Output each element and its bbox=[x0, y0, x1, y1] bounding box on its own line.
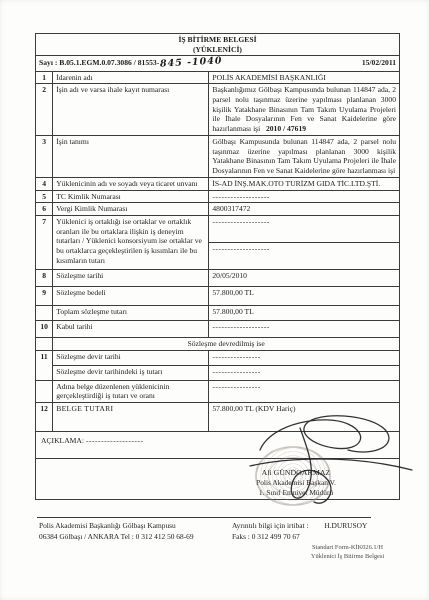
signature-row: Ali GÜNDOAKMAZ Polis Akademisi Başkan V.… bbox=[36, 459, 400, 500]
row5-number: 5 bbox=[36, 190, 53, 203]
footer-address-line2: 06384 Gölbaşı / ANKARA Tel : 0 312 412 5… bbox=[39, 532, 194, 543]
standard-form-code: Standart Form-KİK026.1/H bbox=[295, 544, 400, 553]
scanned-document-page: İŞ BİTİRME BELGESİ (YÜKLENİCİ) Sayı : B.… bbox=[0, 0, 429, 600]
row10-number: 10 bbox=[36, 320, 53, 337]
table-row: 10 Kabul tarihi ------------------- bbox=[36, 320, 400, 337]
section-header-row: Sözleşme devredilmiş ise bbox=[36, 337, 400, 350]
footer-contact-block: Ayrıntılı bilgi için irtibat : H.DURUSOY… bbox=[232, 521, 367, 542]
row6-value: 4800317472 bbox=[209, 203, 400, 216]
row10-label: Kabul tarihi bbox=[53, 320, 209, 337]
table-row: 7 Yüklenici iş ortaklığı ise ortaklar ve… bbox=[36, 215, 400, 242]
row8-label: Sözleşme tarihi bbox=[53, 269, 209, 286]
table-row: 9 Sözleşme bedeli 57.800,00 TL bbox=[36, 286, 400, 305]
official-seal-stamp bbox=[255, 446, 331, 506]
row5-value: ------------------- bbox=[209, 190, 400, 203]
row3-number: 3 bbox=[36, 135, 53, 177]
footer-address-line1: Polis Akademisi Başkanlığı Gölbaşı Kampu… bbox=[39, 521, 194, 532]
footer-divider bbox=[37, 517, 371, 518]
row11-value-transfer-amount: ---------------- bbox=[209, 365, 400, 380]
aciklama-label: AÇIKLAMA: bbox=[41, 436, 84, 445]
row9-value: 57.800,00 TL bbox=[209, 286, 400, 305]
row11-value-performed-amount: ---------------- bbox=[209, 380, 400, 402]
table-row: 1 İdarenin adı POLİS AKADEMİSİ BAŞKANLIĞ… bbox=[36, 71, 400, 84]
table-row: 5 TC Kimlik Numarası ------------------- bbox=[36, 190, 400, 203]
row11-number: 11 bbox=[36, 350, 53, 380]
row11-value-transfer-date: ---------------- bbox=[209, 350, 400, 365]
row3-value: Gölbaşı Kampusunda bulunan 114847 ada, 2… bbox=[209, 135, 400, 177]
row1-value: POLİS AKADEMİSİ BAŞKANLIĞI bbox=[209, 71, 400, 84]
footer-contact-name: H.DURUSOY bbox=[324, 521, 367, 530]
table-row: Toplam sözleşme tutarı 57.800,00 TL bbox=[36, 305, 400, 320]
row5-label: TC Kimlik Numarası bbox=[53, 190, 209, 203]
row4-value: İS-AD İNŞ.MAK.OTO TURİZM GIDA TİC.LTD.ŞT… bbox=[209, 177, 400, 190]
document-title-cell: İŞ BİTİRME BELGESİ (YÜKLENİCİ) bbox=[36, 34, 400, 56]
footer-contact-label: Ayrıntılı bilgi için irtibat : bbox=[232, 521, 309, 530]
certificate-amount-label: BELGE TUTARI bbox=[53, 403, 209, 432]
certificate-amount-value: 57.800,00 TL (KDV Hariç) bbox=[209, 403, 400, 432]
row11-label-transfer-date: Sözleşme devir tarihi bbox=[53, 350, 209, 365]
document-title: İŞ BİTİRME BELGESİ bbox=[39, 35, 396, 45]
standard-form-note: Standart Form-KİK026.1/H Yüklenici İş Bi… bbox=[295, 544, 400, 561]
row8-value: 20/05/2010 bbox=[209, 269, 400, 286]
row11-label-transfer-amount: Sözleşme devir tarihindeki iş tutarı bbox=[53, 365, 209, 380]
row7-label: Yüklenici iş ortaklığı ise ortaklar ve o… bbox=[53, 215, 209, 269]
contract-transfer-section-header: Sözleşme devredilmiş ise bbox=[53, 337, 400, 350]
total-contract-value: 57.800,00 TL bbox=[209, 305, 400, 320]
row6-number: 6 bbox=[36, 203, 53, 216]
row6-label: Vergi Kimlik Numarası bbox=[53, 203, 209, 216]
row1-label: İdarenin adı bbox=[53, 71, 209, 84]
aciklama-row: AÇIKLAMA: ------------------- bbox=[36, 432, 400, 459]
section-number-cell bbox=[36, 337, 53, 350]
aciklama-value: ------------------- bbox=[86, 436, 144, 445]
footer-address-block: Polis Akademisi Başkanlığı Gölbaşı Kampu… bbox=[39, 521, 194, 542]
signature-cell: Ali GÜNDOAKMAZ Polis Akademisi Başkan V.… bbox=[36, 459, 400, 500]
row11-label-performed-amount: Adına belge düzenlenen yüklenicinin gerç… bbox=[53, 380, 209, 402]
row7-value-joint-venture: ------------------- bbox=[209, 215, 400, 242]
table-row: 4 Yüklenicinin adı ve soyadı veya ticare… bbox=[36, 177, 400, 190]
document-date: 15/02/2011 bbox=[362, 58, 396, 68]
row9-number: 9 bbox=[36, 286, 53, 305]
row8-number: 8 bbox=[36, 269, 53, 286]
table-row: 8 Sözleşme tarihi 20/05/2010 bbox=[36, 269, 400, 286]
footer-fax: Faks : 0 312 499 70 67 bbox=[232, 532, 367, 543]
row12-number: 12 bbox=[36, 403, 53, 432]
completion-certificate-table: İŞ BİTİRME BELGESİ (YÜKLENİCİ) Sayı : B.… bbox=[35, 33, 400, 500]
tender-registration-number: 2010 / 47619 bbox=[266, 124, 306, 133]
sayi-handwritten-number: 845 -1040 bbox=[160, 56, 223, 71]
title-row: İŞ BİTİRME BELGESİ (YÜKLENİCİ) bbox=[36, 34, 400, 56]
row1-number: 1 bbox=[36, 71, 53, 84]
row9-label: Sözleşme bedeli bbox=[53, 286, 209, 305]
standard-form-name: Yüklenici İş Bitirme Belgesi bbox=[295, 553, 400, 562]
table-row: 6 Vergi Kimlik Numarası 4800317472 bbox=[36, 203, 400, 216]
row7-value-consortium: ------------------- bbox=[209, 242, 400, 269]
row11c-number bbox=[36, 380, 53, 402]
row9b-number bbox=[36, 305, 53, 320]
table-row: 12 BELGE TUTARI 57.800,00 TL (KDV Hariç) bbox=[36, 403, 400, 432]
document-subtitle: (YÜKLENİCİ) bbox=[39, 45, 396, 55]
total-contract-label: Toplam sözleşme tutarı bbox=[53, 305, 209, 320]
aciklama-cell: AÇIKLAMA: ------------------- bbox=[36, 432, 400, 459]
row2-number: 2 bbox=[36, 84, 53, 136]
table-row: Sözleşme devir tarihindeki iş tutarı ---… bbox=[36, 365, 400, 380]
row3-label: İşin tanımı bbox=[53, 135, 209, 177]
sayi-cell: Sayı : B.05.1.EGM.0.07.3086 / 81553-845 … bbox=[36, 56, 400, 71]
row2-label: İşin adı ve varsa ihale kayıt numarası bbox=[53, 84, 209, 136]
table-row: 2 İşin adı ve varsa ihale kayıt numarası… bbox=[36, 84, 400, 136]
sayi-number: Sayı : B.05.1.EGM.0.07.3086 / 81553- bbox=[39, 58, 159, 67]
sayi-row: Sayı : B.05.1.EGM.0.07.3086 / 81553-845 … bbox=[36, 56, 400, 71]
row10-value: ------------------- bbox=[209, 320, 400, 337]
row4-label: Yüklenicinin adı ve soyadı veya ticaret … bbox=[53, 177, 209, 190]
row2-value: Başkanlığımız Gölbaşı Kampusunda bulunan… bbox=[209, 84, 400, 136]
row4-number: 4 bbox=[36, 177, 53, 190]
table-row: 3 İşin tanımı Gölbaşı Kampusunda bulunan… bbox=[36, 135, 400, 177]
table-row: Adına belge düzenlenen yüklenicinin gerç… bbox=[36, 380, 400, 402]
row7-number: 7 bbox=[36, 215, 53, 269]
table-row: 11 Sözleşme devir tarihi ---------------… bbox=[36, 350, 400, 365]
